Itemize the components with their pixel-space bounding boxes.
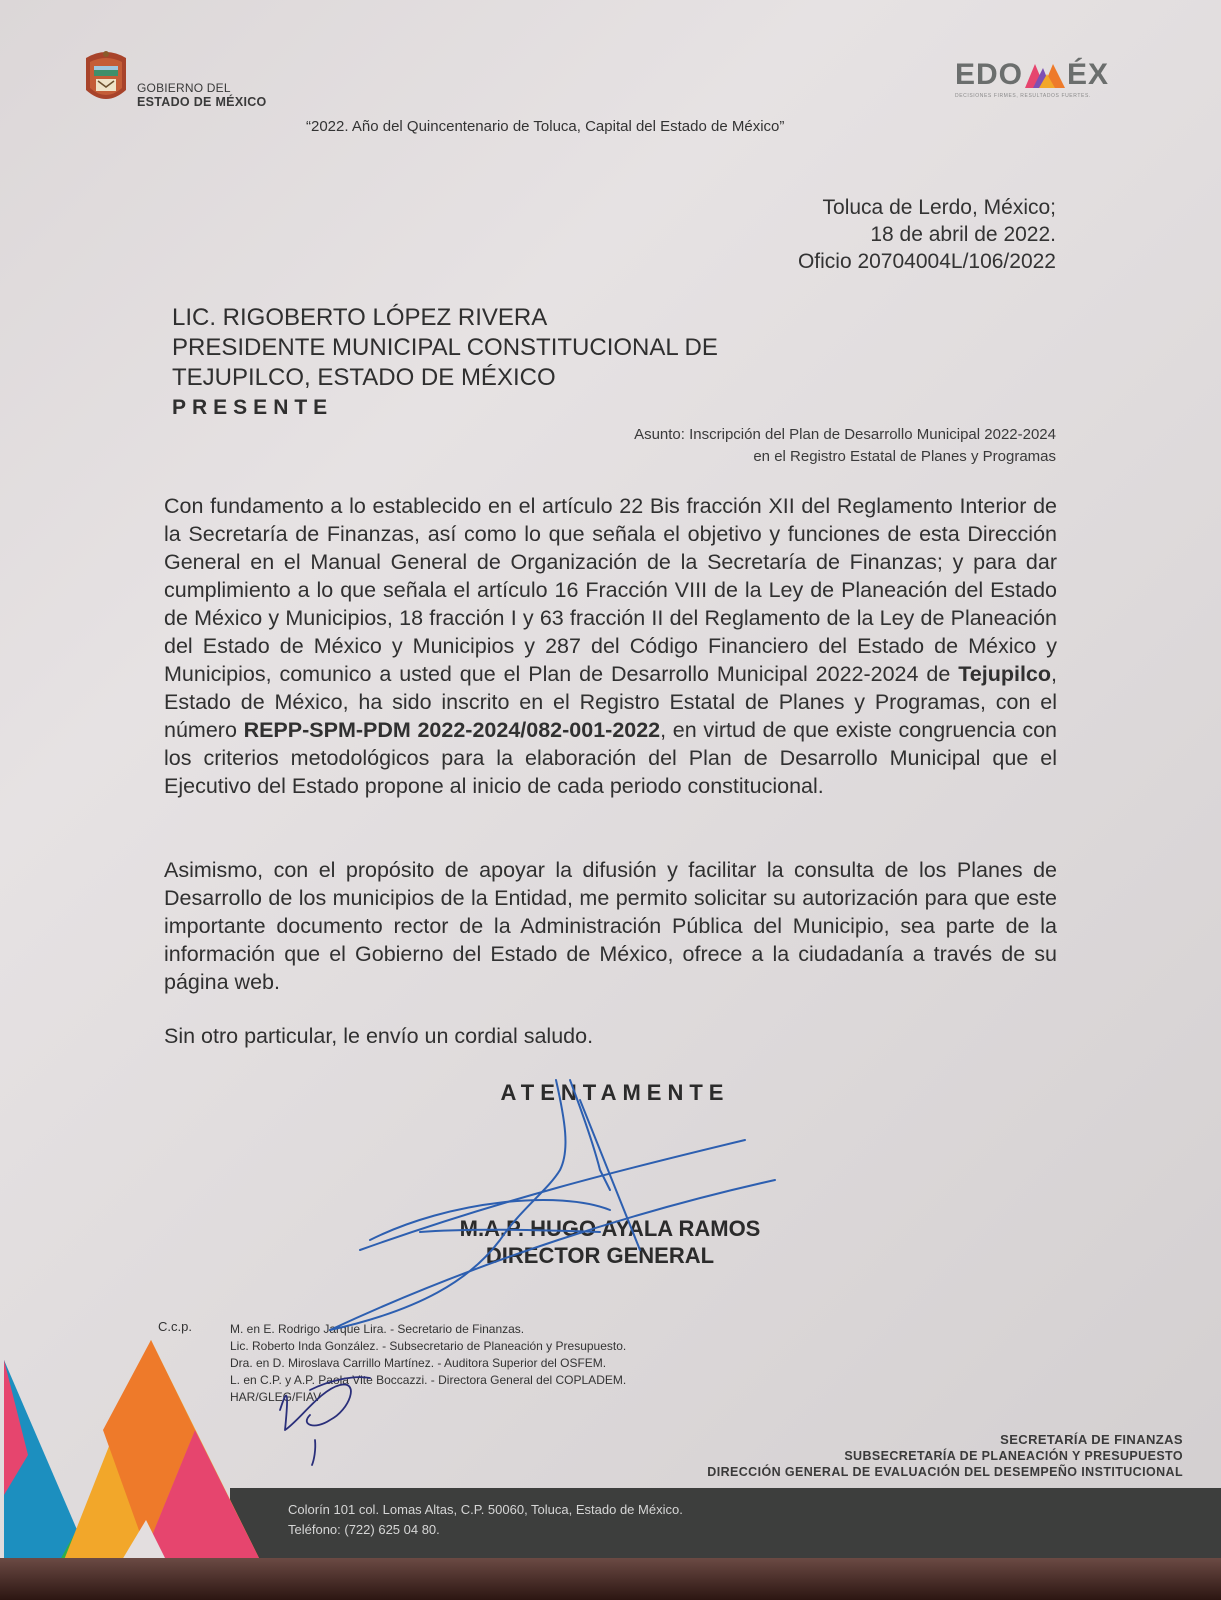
place: Toluca de Lerdo, México;	[798, 194, 1056, 221]
municipio-name: Tejupilco	[958, 662, 1051, 686]
subject-line-2: en el Registro Estatal de Planes y Progr…	[634, 446, 1056, 468]
table-surface	[0, 1558, 1221, 1600]
brand-mountains-graphic	[0, 1330, 310, 1560]
government-name: GOBIERNO DEL ESTADO DE MÉXICO	[137, 81, 267, 109]
presente: PRESENTE	[172, 393, 718, 423]
date: 18 de abril de 2022.	[798, 221, 1056, 248]
recipient-name: LIC. RIGOBERTO LÓPEZ RIVERA	[172, 303, 718, 333]
subject-line-1: Asunto: Inscripción del Plan de Desarrol…	[634, 424, 1056, 446]
brand-left: EDO	[955, 58, 1023, 92]
dept-line-1: SECRETARÍA DE FINANZAS	[707, 1432, 1183, 1448]
dept-line-3: DIRECCIÓN GENERAL DE EVALUACIÓN DEL DESE…	[707, 1464, 1183, 1480]
letter-page: GOBIERNO DEL ESTADO DE MÉXICO EDO ÉX DEC…	[0, 0, 1221, 1562]
edomex-logo: EDO ÉX DECISIONES FIRMES, RESULTADOS FUE…	[955, 58, 1109, 99]
body-paragraph-1: Con fundamento a lo establecido en el ar…	[164, 492, 1057, 800]
brand-tagline: DECISIONES FIRMES, RESULTADOS FUERTES.	[955, 93, 1109, 99]
subject-block: Asunto: Inscripción del Plan de Desarrol…	[634, 424, 1056, 468]
signer-title: DIRECTOR GENERAL	[445, 1243, 755, 1269]
dept-line-2: SUBSECRETARÍA DE PLANEACIÓN Y PRESUPUEST…	[707, 1448, 1183, 1464]
footer-address: Colorín 101 col. Lomas Altas, C.P. 50060…	[288, 1500, 683, 1520]
letter-meta: Toluca de Lerdo, México; 18 de abril de …	[798, 194, 1056, 275]
coat-of-arms-icon	[80, 50, 132, 106]
p1-text-a: Con fundamento a lo establecido en el ar…	[164, 494, 1057, 686]
recipient-title-1: PRESIDENTE MUNICIPAL CONSTITUCIONAL DE	[172, 333, 718, 363]
recipient-title-2: TEJUPILCO, ESTADO DE MÉXICO	[172, 363, 718, 393]
closing: ATENTAMENTE	[470, 1080, 760, 1106]
recipient-block: LIC. RIGOBERTO LÓPEZ RIVERA PRESIDENTE M…	[172, 303, 718, 423]
brand-right: ÉX	[1067, 58, 1109, 92]
signer-name: M.A.P. HUGO AYALA RAMOS	[420, 1216, 800, 1242]
registry-number: REPP-SPM-PDM 2022-2024/082-001-2022	[244, 718, 661, 742]
brand-m-mark-icon	[1025, 62, 1065, 88]
department-block: SECRETARÍA DE FINANZAS SUBSECRETARÍA DE …	[707, 1432, 1183, 1480]
year-motto: “2022. Año del Quincentenario de Toluca,…	[306, 118, 784, 135]
footer-phone: Teléfono: (722) 625 04 80.	[288, 1520, 683, 1540]
gov-line-2: ESTADO DE MÉXICO	[137, 95, 267, 109]
body-paragraph-3: Sin otro particular, le envío un cordial…	[164, 1022, 1057, 1050]
gov-line-1: GOBIERNO DEL	[137, 81, 267, 95]
oficio-number: Oficio 20704004L/106/2022	[798, 248, 1056, 275]
footer-contact: Colorín 101 col. Lomas Altas, C.P. 50060…	[288, 1500, 683, 1540]
body-paragraph-2: Asimismo, con el propósito de apoyar la …	[164, 856, 1057, 996]
